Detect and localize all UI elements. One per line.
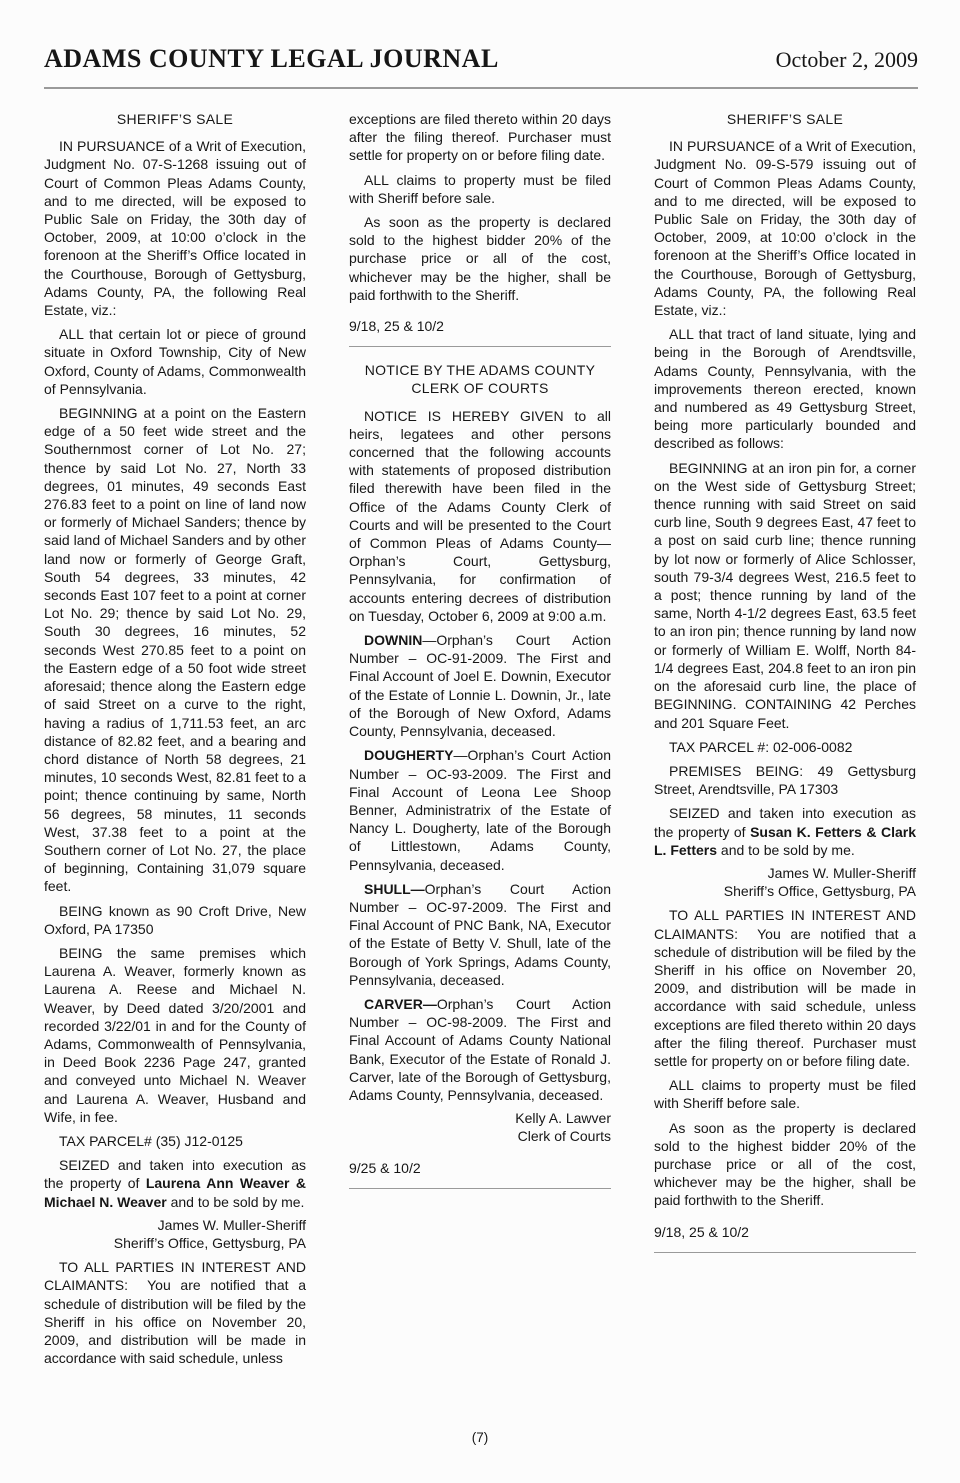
body-text: TAX PARCEL# (35) J12-0125 [59,1133,243,1149]
section-divider [349,1188,611,1189]
paragraph: BEING the same premises which Laurena A.… [44,944,306,1126]
column-2: exceptions are filed thereto within 20 d… [349,110,611,1367]
body-text: —Orphan’s Court Action Number – OC-91-20… [349,632,611,739]
paragraph: ALL claims to property must be filed wit… [349,171,611,207]
paragraph: As soon as the property is declared sold… [349,213,611,304]
paragraph: BEING known as 90 Croft Drive, New Oxfor… [44,902,306,938]
paragraph: IN PURSUANCE of a Writ of Execution, Jud… [44,137,306,319]
signature-line: Sheriff’s Office, Gettysburg, PA [44,1234,306,1252]
signature-line: James W. Muller-Sheriff [654,864,916,882]
body-text: PREMISES BEING: 49 Gettysburg Street, Ar… [654,763,916,797]
signature-line: Kelly A. Lawver [349,1109,611,1127]
body-text: —Orphan’s Court Action Number – OC-93-20… [349,747,611,872]
body-text: BEING known as 90 Croft Drive, New Oxfor… [44,903,306,937]
heading-line: CLERK OF COURTS [349,379,611,397]
page-number: (7) [0,1430,960,1445]
body-text: NOTICE IS HEREBY GIVEN to all heirs, leg… [349,408,611,624]
paragraph: SHULL—Orphan’s Court Action Number – OC-… [349,880,611,989]
column-3: SHERIFF’S SALEIN PURSUANCE of a Writ of … [654,110,916,1367]
signature-block: Kelly A. LawverClerk of Courts [349,1109,611,1145]
section-heading: SHERIFF’S SALE [44,110,306,128]
issue-date: October 2, 2009 [776,47,918,73]
bold-text: CARVER— [364,996,437,1012]
body-text: BEING the same premises which Laurena A.… [44,945,306,1125]
masthead: ADAMS COUNTY LEGAL JOURNAL October 2, 20… [44,44,918,74]
paragraph: ALL that certain lot or piece of ground … [44,325,306,398]
body-text: and to be sold by me. [167,1194,305,1210]
paragraph: TAX PARCEL# (35) J12-0125 [44,1132,306,1150]
body-text: TAX PARCEL #: 02-006-0082 [669,739,852,755]
paragraph: TO ALL PARTIES IN INTEREST AND CLAIMANTS… [654,906,916,1070]
section-divider [349,346,611,347]
body-text: TO ALL PARTIES IN INTEREST AND CLAIMANTS… [654,907,916,1069]
body-text: IN PURSUANCE of a Writ of Execution, Jud… [44,138,306,318]
body-text: TO ALL PARTIES IN INTEREST AND CLAIMANTS… [44,1259,306,1366]
paragraph: BEGINNING at a point on the Eastern edge… [44,404,306,895]
paragraph: IN PURSUANCE of a Writ of Execution, Jud… [654,137,916,319]
body-text: ALL that certain lot or piece of ground … [44,326,306,397]
paragraph: NOTICE IS HEREBY GIVEN to all heirs, leg… [349,407,611,625]
paragraph: PREMISES BEING: 49 Gettysburg Street, Ar… [654,762,916,798]
paragraph: ALL claims to property must be filed wit… [654,1076,916,1112]
heading-line: SHERIFF’S SALE [654,110,916,128]
bold-text: DOWNIN [364,632,422,648]
paragraph: BEGINNING at an iron pin for, a corner o… [654,459,916,732]
paragraph: ALL that tract of land situate, lying an… [654,325,916,452]
paragraph: DOUGHERTY—Orphan’s Court Action Number –… [349,746,611,873]
signature-block: James W. Muller-SheriffSheriff’s Office,… [44,1216,306,1252]
section-divider [654,1252,916,1253]
paragraph: exceptions are filed thereto within 20 d… [349,110,611,165]
signature-line: James W. Muller-Sheriff [44,1216,306,1234]
masthead-rule [44,87,918,89]
signature-line: Clerk of Courts [349,1127,611,1145]
body-text: BEGINNING at a point on the Eastern edge… [44,405,306,894]
body-text: As soon as the property is declared sold… [654,1120,916,1209]
paragraph: DOWNIN—Orphan’s Court Action Number – OC… [349,631,611,740]
body-text: ALL claims to property must be filed wit… [349,172,611,206]
heading-line: SHERIFF’S SALE [44,110,306,128]
body-text: exceptions are filed thereto within 20 d… [349,111,611,163]
signature-block: James W. Muller-SheriffSheriff’s Office,… [654,864,916,900]
publication-dates: 9/25 & 10/2 [349,1159,611,1177]
paragraph: CARVER—Orphan’s Court Action Number – OC… [349,995,611,1104]
body-text: ALL that tract of land situate, lying an… [654,326,916,451]
body-text: IN PURSUANCE of a Writ of Execution, Jud… [654,138,916,318]
section-heading: NOTICE BY THE ADAMS COUNTYCLERK OF COURT… [349,361,611,397]
publication-dates: 9/18, 25 & 10/2 [349,317,611,335]
section-heading: SHERIFF’S SALE [654,110,916,128]
paragraph: SEIZED and taken into execution as the p… [654,804,916,859]
body-text: and to be sold by me. [717,842,855,858]
paragraph: TO ALL PARTIES IN INTEREST AND CLAIMANTS… [44,1258,306,1367]
paragraph: SEIZED and taken into execution as the p… [44,1156,306,1211]
journal-page: ADAMS COUNTY LEGAL JOURNAL October 2, 20… [0,0,960,1483]
paragraph: TAX PARCEL #: 02-006-0082 [654,738,916,756]
body-text: ALL claims to property must be filed wit… [654,1077,916,1111]
column-1: SHERIFF’S SALEIN PURSUANCE of a Writ of … [44,110,306,1367]
signature-line: Sheriff’s Office, Gettysburg, PA [654,882,916,900]
column-layout: SHERIFF’S SALEIN PURSUANCE of a Writ of … [44,110,918,1367]
body-text: BEGINNING at an iron pin for, a corner o… [654,460,916,731]
paragraph: As soon as the property is declared sold… [654,1119,916,1210]
heading-line: NOTICE BY THE ADAMS COUNTY [349,361,611,379]
publication-dates: 9/18, 25 & 10/2 [654,1223,916,1241]
bold-text: SHULL— [364,881,425,897]
journal-title: ADAMS COUNTY LEGAL JOURNAL [44,44,499,74]
bold-text: DOUGHERTY [364,747,453,763]
body-text: As soon as the property is declared sold… [349,214,611,303]
